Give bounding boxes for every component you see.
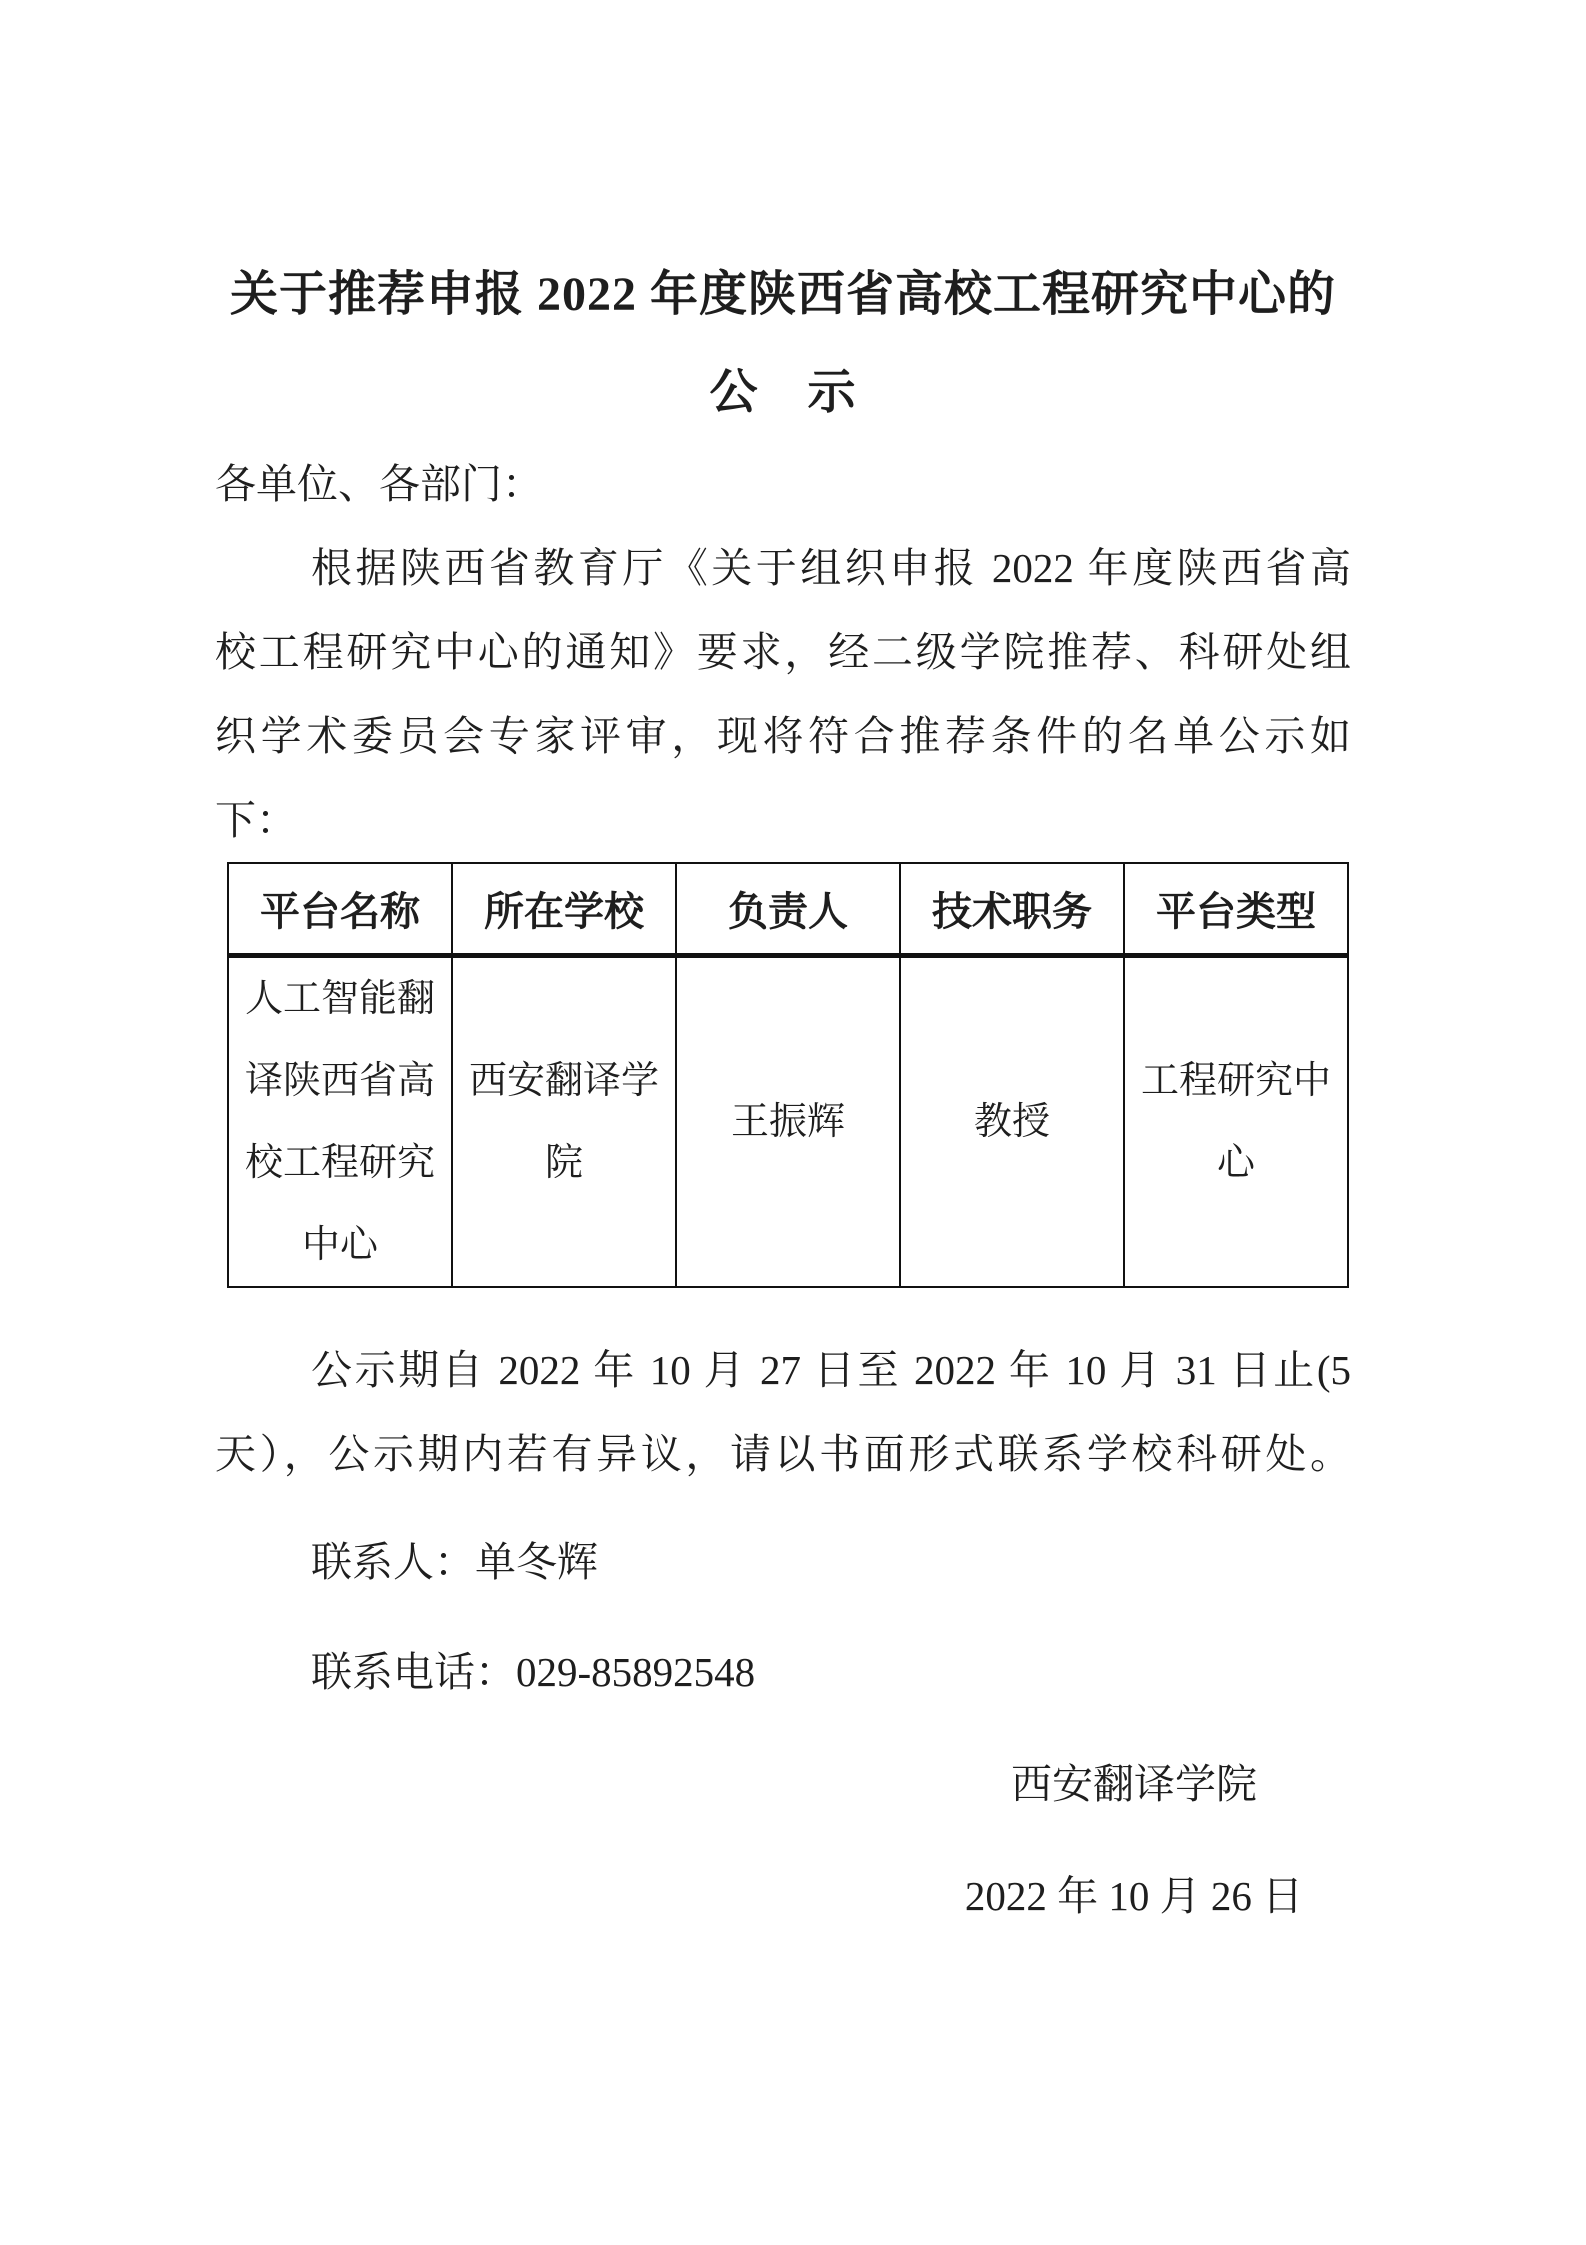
cell-leader: 王振辉 <box>676 955 900 1287</box>
cell-title: 教授 <box>900 955 1124 1287</box>
sign-date: 2022 年 10 月 26 日 <box>894 1854 1374 1938</box>
title-line-1: 关于推荐申报 2022 年度陕西省高校工程研究中心的 <box>215 246 1351 344</box>
title-line-2: 公 示 <box>215 344 1351 442</box>
cell-platform-type: 工程研究中心 <box>1124 955 1348 1287</box>
header-cell-leader: 负责人 <box>676 863 900 955</box>
header-cell-title: 技术职务 <box>900 863 1124 955</box>
notice-paragraph: 公示期自 2022 年 10 月 27 日至 2022 年 10 月 31 日止… <box>215 1328 1351 1496</box>
header-cell-platform-type: 平台类型 <box>1124 863 1348 955</box>
body-line-2: 校工程研究中心的通知》要求，经二级学院推荐、科研处组 <box>215 610 1351 694</box>
signer-name: 西安翻译学院 <box>894 1742 1374 1826</box>
cell-platform-name: 人工智能翻译陕西省高校工程研究中心 <box>228 955 452 1287</box>
platform-table-body: 人工智能翻译陕西省高校工程研究中心 西安翻译学院 王振辉 教授 工程研究中心 <box>228 955 1348 1287</box>
body-line-1: 根据陕西省教育厅《关于组织申报 2022 年度陕西省高 <box>215 526 1351 610</box>
document-title: 关于推荐申报 2022 年度陕西省高校工程研究中心的 公 示 <box>215 246 1351 442</box>
document-content: 关于推荐申报 2022 年度陕西省高校工程研究中心的 公 示 各单位、各部门： … <box>0 0 1586 1938</box>
notice-line-1: 公示期自 2022 年 10 月 27 日至 2022 年 10 月 31 日止… <box>215 1328 1351 1412</box>
header-cell-school: 所在学校 <box>452 863 676 955</box>
table-header-row: 平台名称 所在学校 负责人 技术职务 平台类型 <box>228 863 1348 955</box>
signature-block: 西安翻译学院 2022 年 10 月 26 日 <box>894 1742 1374 1938</box>
salutation: 各单位、各部门： <box>215 442 1351 526</box>
notice-line-2: 天），公示期内若有异议，请以书面形式联系学校科研处。 <box>215 1412 1351 1496</box>
contact-phone-line: 联系电话：029-85892548 <box>215 1630 1351 1714</box>
body-line-4: 下： <box>215 778 1351 862</box>
platform-table-header: 平台名称 所在学校 负责人 技术职务 平台类型 <box>228 863 1348 955</box>
body-paragraph: 根据陕西省教育厅《关于组织申报 2022 年度陕西省高 校工程研究中心的通知》要… <box>215 526 1351 862</box>
table-row: 人工智能翻译陕西省高校工程研究中心 西安翻译学院 王振辉 教授 工程研究中心 <box>228 955 1348 1287</box>
body-line-3: 织学术委员会专家评审，现将符合推荐条件的名单公示如 <box>215 694 1351 778</box>
cell-school: 西安翻译学院 <box>452 955 676 1287</box>
platform-table: 平台名称 所在学校 负责人 技术职务 平台类型 人工智能翻译陕西省高校工程研究中… <box>227 862 1349 1288</box>
document-page: 关于推荐申报 2022 年度陕西省高校工程研究中心的 公 示 各单位、各部门： … <box>0 0 1586 2245</box>
contact-person-line: 联系人：单冬辉 <box>215 1520 1351 1604</box>
header-cell-platform-name: 平台名称 <box>228 863 452 955</box>
